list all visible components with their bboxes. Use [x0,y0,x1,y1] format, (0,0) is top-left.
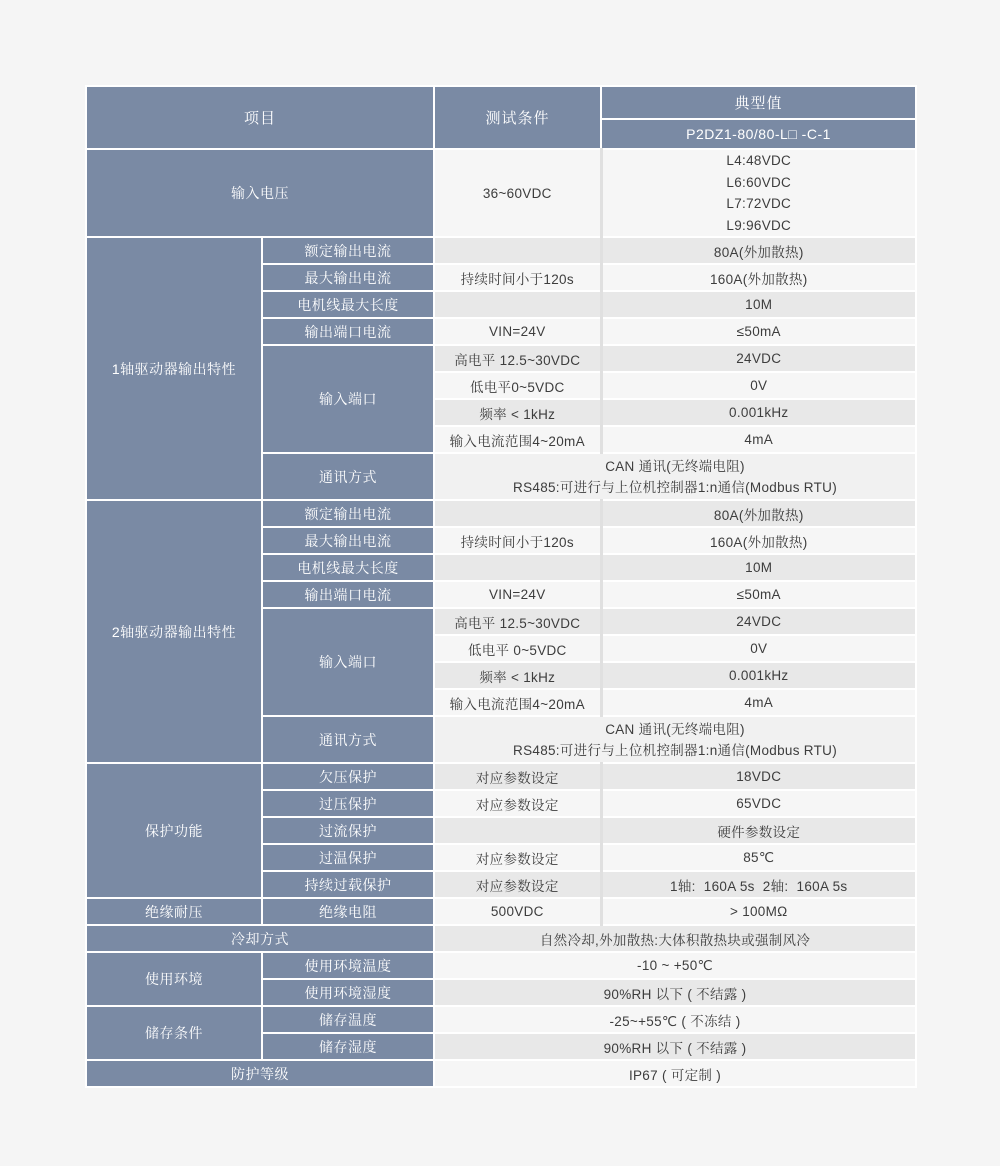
axis2-comm-value: CAN 通讯(无终端电阻) RS485:可进行与上位机控制器1:n通信(Modb… [434,716,916,763]
storage-humidity-label: 储存湿度 [262,1033,434,1060]
axis1-cable-label: 电机线最大长度 [262,291,434,318]
protection-overtemp-label: 过温保护 [262,844,434,871]
cooling-value: 自然冷却,外加散热:大体积散热块或强制风冷 [434,925,916,952]
axis2-comm-line1: CAN 通讯(无终端电阻) [439,719,911,740]
protection-overload-value: 1轴: 160A 5s 2轴: 160A 5s [601,871,916,898]
storage-group-label: 储存条件 [86,1006,262,1060]
axis1-outport-test: VIN=24V [434,318,601,345]
ip-rating-label: 防护等级 [86,1060,434,1087]
axis2-max-test: 持续时间小于120s [434,527,601,554]
protection-overcurrent-value: 硬件参数设定 [601,817,916,844]
header-test-conditions: 测试条件 [434,86,601,149]
insulation-test: 500VDC [434,898,601,925]
environment-humidity-label: 使用环境湿度 [262,979,434,1006]
axis1-inport-high-test: 高电平 12.5~30VDC [434,345,601,372]
insulation-group-label: 绝缘耐压 [86,898,262,925]
axis2-outport-label: 输出端口电流 [262,581,434,608]
header-item: 项目 [86,86,434,149]
axis2-outport-value: ≤50mA [601,581,916,608]
axis2-inport-freq-value: 0.001kHz [601,662,916,689]
axis1-inport-freq-value: 0.001kHz [601,399,916,426]
axis1-inport-current-value: 4mA [601,426,916,453]
input-voltage-label: 输入电压 [86,149,434,237]
axis1-comm-label: 通讯方式 [262,453,434,500]
axis1-inport-current-test: 输入电流范围4~20mA [434,426,601,453]
axis2-cable-value: 10M [601,554,916,581]
axis2-inport-low-test: 低电平 0~5VDC [434,635,601,662]
axis2-inport-low-value: 0V [601,635,916,662]
axis2-rated-test [434,500,601,527]
axis2-inport-label: 输入端口 [262,608,434,716]
axis2-inport-current-value: 4mA [601,689,916,716]
axis1-max-value: 160A(外加散热) [601,264,916,291]
input-voltage-values: L4:48VDC L6:60VDC L7:72VDC L9:96VDC [601,149,916,237]
axis2-max-value: 160A(外加散热) [601,527,916,554]
axis1-comm-line1: CAN 通讯(无终端电阻) [439,456,911,477]
axis1-group-label: 1轴驱动器输出特性 [86,237,262,500]
ip-rating-value: IP67 ( 可定制 ) [434,1060,916,1087]
axis1-inport-freq-test: 频率 < 1kHz [434,399,601,426]
protection-undervoltage-label: 欠压保护 [262,763,434,790]
axis1-outport-value: ≤50mA [601,318,916,345]
axis2-inport-high-test: 高电平 12.5~30VDC [434,608,601,635]
header-typical-value: 典型值 [601,86,916,119]
axis1-rated-label: 额定输出电流 [262,237,434,264]
axis2-inport-high-value: 24VDC [601,608,916,635]
protection-overcurrent-label: 过流保护 [262,817,434,844]
input-voltage-l9: L9:96VDC [607,215,912,237]
axis1-inport-label: 输入端口 [262,345,434,453]
axis1-comm-line2: RS485:可进行与上位机控制器1:n通信(Modbus RTU) [439,477,911,498]
protection-group-label: 保护功能 [86,763,262,898]
protection-overtemp-test: 对应参数设定 [434,844,601,871]
page: 项目 测试条件 典型值 P2DZ1-80/80-L□ -C-1 输入电压 36~… [0,0,1000,1166]
protection-overload-label: 持续过载保护 [262,871,434,898]
input-voltage-l4: L4:48VDC [607,150,912,172]
spec-table: 项目 测试条件 典型值 P2DZ1-80/80-L□ -C-1 输入电压 36~… [85,85,917,1088]
storage-humidity-value: 90%RH 以下 ( 不结露 ) [434,1033,916,1060]
axis1-max-label: 最大输出电流 [262,264,434,291]
axis2-rated-label: 额定输出电流 [262,500,434,527]
storage-temp-value: -25~+55℃ ( 不冻结 ) [434,1006,916,1033]
axis2-max-label: 最大输出电流 [262,527,434,554]
input-voltage-l7: L7:72VDC [607,193,912,215]
insulation-resistance-label: 绝缘电阻 [262,898,434,925]
axis1-outport-label: 输出端口电流 [262,318,434,345]
environment-temp-label: 使用环境温度 [262,952,434,979]
cooling-label: 冷却方式 [86,925,434,952]
axis1-max-test: 持续时间小于120s [434,264,601,291]
input-voltage-l6: L6:60VDC [607,172,912,194]
axis1-inport-high-value: 24VDC [601,345,916,372]
axis2-rated-value: 80A(外加散热) [601,500,916,527]
axis1-cable-test [434,291,601,318]
insulation-value: > 100MΩ [601,898,916,925]
environment-humidity-value: 90%RH 以下 ( 不结露 ) [434,979,916,1006]
axis1-inport-low-value: 0V [601,372,916,399]
protection-overvoltage-test: 对应参数设定 [434,790,601,817]
axis1-comm-value: CAN 通讯(无终端电阻) RS485:可进行与上位机控制器1:n通信(Modb… [434,453,916,500]
axis2-cable-test [434,554,601,581]
axis2-outport-test: VIN=24V [434,581,601,608]
protection-undervoltage-value: 18VDC [601,763,916,790]
axis1-cable-value: 10M [601,291,916,318]
environment-group-label: 使用环境 [86,952,262,1006]
protection-overvoltage-value: 65VDC [601,790,916,817]
axis1-inport-low-test: 低电平0~5VDC [434,372,601,399]
axis2-group-label: 2轴驱动器输出特性 [86,500,262,763]
protection-overload-test: 对应参数设定 [434,871,601,898]
protection-undervoltage-test: 对应参数设定 [434,763,601,790]
axis2-cable-label: 电机线最大长度 [262,554,434,581]
model-number: P2DZ1-80/80-L□ -C-1 [601,119,916,149]
axis2-inport-current-test: 输入电流范围4~20mA [434,689,601,716]
protection-overvoltage-label: 过压保护 [262,790,434,817]
axis1-rated-test [434,237,601,264]
protection-overtemp-value: 85℃ [601,844,916,871]
storage-temp-label: 储存温度 [262,1006,434,1033]
protection-overcurrent-test [434,817,601,844]
input-voltage-test: 36~60VDC [434,149,601,237]
axis2-inport-freq-test: 频率 < 1kHz [434,662,601,689]
axis2-comm-label: 通讯方式 [262,716,434,763]
environment-temp-value: -10 ~ +50℃ [434,952,916,979]
axis2-comm-line2: RS485:可进行与上位机控制器1:n通信(Modbus RTU) [439,740,911,761]
axis1-rated-value: 80A(外加散热) [601,237,916,264]
